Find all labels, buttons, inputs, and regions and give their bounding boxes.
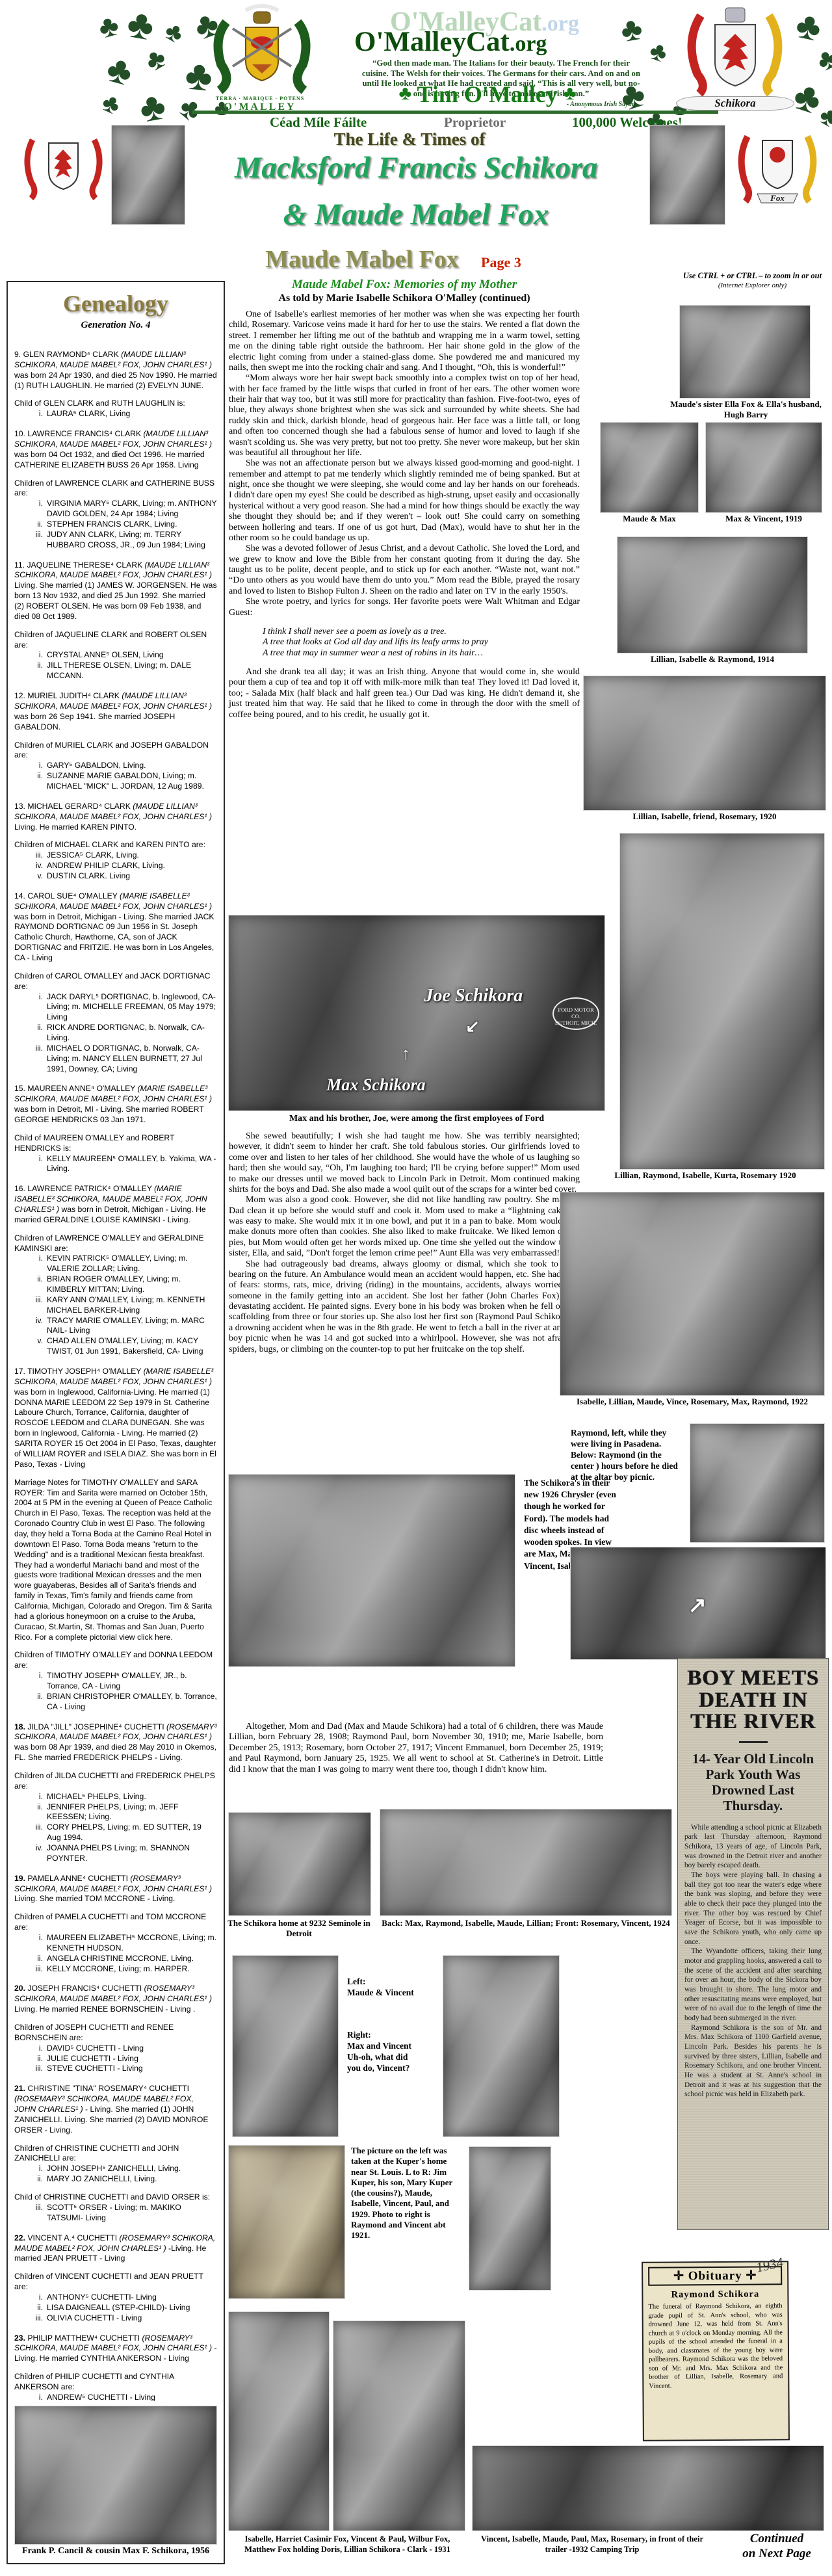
photo-schikora-home (229, 1813, 370, 1915)
arrow-up-right-icon: ↗ (688, 1592, 707, 1618)
photo-bottom-family-1931 (333, 2321, 465, 2530)
page-title-line1: The Life & Times of (221, 129, 598, 150)
child-row: i.GARY⁵ GABALDON, Living. (14, 761, 217, 771)
max-vincent-1919-caption: Max & Vincent, 1919 (706, 514, 822, 524)
child-row: ii.BRIAN ROGER O'MALLEY, Living; m. KIMB… (14, 1274, 217, 1295)
photo-altar-boy-picnic: ↗ (571, 1547, 825, 1659)
children-label: Children of CHRISTINE CUCHETTI and JOHN … (14, 2144, 217, 2164)
child-row: v.CHAD ALLEN O'MALLEY, Living; m. KACY T… (14, 1336, 217, 1357)
photo-children-1920b (620, 834, 824, 1169)
children-label: Children of CAROL O'MALLEY and JACK DORT… (14, 971, 217, 992)
genealogy-entry-head: 12. MURIEL JUDITH⁴ CLARK (MAUDE LILLIAN³… (14, 691, 217, 732)
newspaper-body: While attending a school picnic at Eliza… (684, 1823, 822, 2099)
story-paragraph: She sewed beautifully; I wish she had ta… (229, 1131, 580, 1195)
child-row: ii.BRIAN CHRISTOPHER O'MALLEY, b. Torran… (14, 1692, 217, 1713)
photo-maude-portrait (650, 125, 725, 224)
genealogy-photo-block: Frank P. Cancil & cousin Max F. Schikora… (15, 2401, 216, 2556)
child-row: iii.JESSICA⁵ CLARK, Living. (14, 850, 217, 861)
genealogy-panel: Genealogy Generation No. 4 9. GLEN RAYMO… (6, 281, 225, 2564)
children-1920a-caption: Lillian, Isabelle, friend, Rosemary, 192… (584, 811, 825, 822)
shamrock-icon: ♣ (646, 37, 671, 68)
photo-caption: Frank P. Cancil & cousin Max F. Schikora… (15, 2546, 216, 2556)
genealogy-entry-head: 16. LAWRENCE PATRICK⁴ O'MALLEY (MARIE IS… (14, 1184, 217, 1225)
story-paragraph: Altogether, Mom and Dad (Max and Maude S… (229, 1722, 603, 1775)
child-row: ii.STEPHEN FRANCIS CLARK, Living. (14, 519, 217, 530)
newspaper-clipping: BOY MEETSDEATH INTHE RIVER 14- Year Old … (677, 1658, 829, 2230)
photo-bottom-left-1931 (229, 2312, 329, 2530)
raymond-note: Raymond, left, while they were living in… (571, 1428, 684, 1482)
newspaper-headline: BOY MEETSDEATH INTHE RIVER (684, 1668, 822, 1733)
photo-ford-factory-workers: Joe Schikora ↙ Max Schikora ↑ FORD MOTOR… (229, 915, 604, 1111)
genealogy-entry-head: 15. MAUREEN ANNE⁴ O'MALLEY (MARIE ISABEL… (14, 1084, 217, 1125)
arrow-up-icon: ↑ (402, 1044, 410, 1064)
obituary-name: Raymond Schikora (648, 2289, 782, 2300)
photo-max-vincent-1919 (706, 423, 822, 512)
omalley-motto: TERRA · MARIQUE · POTENS (192, 96, 328, 101)
child-row: iv.JOANNA PHELPS Living; m. SHANNON POYN… (14, 1843, 217, 1864)
story-paragraph: One of Isabelle's earliest memories of h… (229, 309, 580, 373)
photo-family-1922 (560, 1192, 824, 1395)
story-paragraph: She was not an affectionate person but w… (229, 458, 580, 544)
shamrock-icon: ♣ (161, 17, 188, 48)
photo-maude-max (601, 423, 698, 512)
story-text-part2: She sewed beautifully; I wish she had ta… (229, 1131, 580, 1355)
child-row: ii.ANGELA CHRISTINE MCCRONE, Living. (14, 1954, 217, 1964)
child-row: iii.SCOTT⁵ ORSER - Living; m. MAKIKO TAT… (14, 2203, 217, 2224)
child-row: i.CRYSTAL ANNE⁵ OLSEN, Living (14, 650, 217, 661)
ford-motor-logo: FORD MOTOR CO. DETROIT, MICH. (552, 997, 599, 1030)
newspaper-divider (739, 1741, 768, 1743)
continued-on-next-page-link[interactable]: Continued on Next Page (723, 2532, 831, 2562)
child-row: i.MAUREEN ELIZABETH⁵ MCCRONE, Living; m.… (14, 1933, 217, 1954)
child-row: i.MICHAEL⁵ PHELPS, Living. (14, 1792, 217, 1802)
shamrock-icon: ♣ (564, 83, 577, 104)
kuper-photo-caption: The picture on the left was taken at the… (351, 2146, 463, 2241)
zoom-instruction-line1: Use CTRL + or CTRL – to zoom in or out (676, 271, 829, 281)
shamrock-icon: ♣ (618, 12, 645, 47)
genealogy-entries: 9. GLEN RAYMOND⁴ CLARK (MAUDE LILLIAN³ S… (14, 340, 217, 2414)
bottom-right-caption: Vincent, Isabelle, Maude, Paul, Max, Ros… (473, 2534, 712, 2555)
children-label: Children of JILDA CUCHETTI and FREDERICK… (14, 1771, 217, 1792)
story-paragraph: “Mom always wore her hair swept back smo… (229, 373, 580, 458)
obituary-clipping: 1934 ✛ Obituary ✛ Raymond Schikora The f… (642, 2261, 790, 2441)
genealogy-entry-head: 13. MICHAEL GERARD⁴ CLARK (MAUDE LILLIAN… (14, 802, 217, 833)
photo-1926-car-family (229, 1475, 515, 1666)
shamrock-icon: ♣ (140, 43, 171, 77)
child-row: i.JACK DARYL⁵ DORTIGNAC, b. Inglewood, C… (14, 992, 217, 1023)
story-text-part3: Altogether, Mom and Dad (Max and Maude S… (229, 1722, 603, 1775)
children-label: Children of LAWRENCE CLARK and CATHERINE… (14, 479, 217, 499)
schikora-arms-small-icon (19, 130, 107, 202)
marriage-notes: Marriage Notes for TIMOTHY O'MALLEY and … (14, 1478, 217, 1643)
children-label: Child of MAUREEN O'MALLEY and ROBERT HEN… (14, 1133, 217, 1154)
photo-children-1920a (584, 676, 825, 810)
right-photo-label: Right: Max and Vincent Uh-oh, what did y… (347, 2030, 438, 2074)
arrow-down-left-icon: ↙ (465, 1017, 480, 1036)
family-1924-caption: Back: Max, Raymond, Isabelle, Maude, Lil… (380, 1918, 671, 1928)
child-row: iii.MICHAEL O DORTIGNAC, b. Norwalk, CA-… (14, 1044, 217, 1075)
photo-frank-cancil-max-schikora (15, 2406, 216, 2544)
poem: I think I shall never see a poem as love… (263, 627, 580, 659)
page-number: Page 3 (481, 254, 521, 271)
child-row: i.JOHN JOSEPH⁵ ZANICHELLI, Living. (14, 2164, 217, 2174)
child-row: ii.JILL THERESE OLSEN, Living; m. DALE M… (14, 661, 217, 681)
child-row: iii.KELLY MCCRONE, Living; m. HARPER. (14, 1964, 217, 1975)
photo-maude-and-vincent (233, 1956, 338, 2136)
header-divider (192, 111, 718, 114)
story-paragraph: She had outrageously bad dreams, always … (229, 1259, 580, 1355)
children-label: Children of JAQUELINE CLARK and ROBERT O… (14, 630, 217, 651)
photo-children-1914 (617, 537, 807, 653)
bottom-left-caption: Isabelle, Harriet Casimir Fox, Vincent &… (229, 2534, 466, 2555)
zoom-instruction-line2: (Internet Explorer only) (676, 282, 829, 289)
story-paragraph: And she drank tea all day; it was an Iri… (229, 667, 580, 720)
photo-camping-trailer-1932 (473, 2446, 824, 2530)
child-row: iii.OLIVIA CUCHETTI - Living (14, 2313, 217, 2324)
svg-text:Fox: Fox (770, 193, 785, 203)
children-label: Children of TIMOTHY O'MALLEY and DONNA L… (14, 1650, 217, 1671)
shamrock-icon: ♣ (103, 49, 136, 92)
children-label: Children of MURIEL CLARK and JOSEPH GABA… (14, 741, 217, 761)
genealogy-entry-head: 20. JOSEPH FRANCIS⁴ CUCHETTI (ROSEMARY³ … (14, 1984, 217, 2015)
shamrock-icon: ♣ (136, 86, 168, 129)
photo-max-and-vincent (443, 1956, 559, 2136)
genealogy-entry-head: 21. CHRISTINE "TINA" ROSEMARY⁴ CUCHETTI … (14, 2084, 217, 2135)
shamrock-icon: ♣ (98, 88, 125, 119)
genealogy-entry-head: 11. JAQUELINE THERESE⁴ CLARK (MAUDE LILL… (14, 560, 217, 622)
child-row: ii.JENNIFER PHELPS, Living; m. JEFF KEES… (14, 1802, 217, 1823)
child-row: i.TIMOTHY JOSEPH⁵ O'MALLEY, JR., b. Torr… (14, 1671, 217, 1692)
genealogy-entry-head: 19. PAMELA ANNE⁴ CUCHETTI (ROSEMARY³ SCH… (14, 1874, 217, 1905)
child-row: i.ANTHONY⁵ CUCHETTI- Living (14, 2293, 217, 2303)
page-title-line2: Macksford Francis Schikora (182, 150, 650, 185)
child-row: i.VIRGINIA MARY⁵ CLARK, Living; m. ANTHO… (14, 499, 217, 519)
child-row: iii.CORY PHELPS, Living; m. ED SUTTER, 1… (14, 1822, 217, 1843)
omalley-crest-icon (207, 3, 317, 97)
photo-raymond-pasadena (690, 1424, 824, 1542)
schikora-crest-banner: Schikora (676, 96, 794, 111)
child-row: ii.JULIE CUCHETTI - Living (14, 2054, 217, 2064)
ford-photo-label-max: Max Schikora (326, 1075, 425, 1095)
schikora-crest-icon (681, 3, 788, 97)
proprietor-name: ♣ Tim O'Malley ♣ (279, 81, 695, 108)
child-row: iii.KARY ANN O'MALLEY, Living; m. KENNET… (14, 1295, 217, 1316)
shamrock-icon: ♣ (96, 10, 122, 44)
genealogy-entry-head: 14. CAROL SUE⁴ O'MALLEY (MARIE ISABELLE³… (14, 891, 217, 964)
child-row: i.KEVIN PATRICK⁵ O'MALLEY, Living; m. VA… (14, 1254, 217, 1274)
welcome-irish: Céad Míle Fáilte (270, 114, 367, 131)
children-label: Children of VINCENT CUCHETTI and JEAN PR… (14, 2272, 217, 2293)
proprietor-label: Proprietor (444, 114, 506, 131)
child-row: iii.STEVE CUCHETTI - Living (14, 2064, 217, 2074)
child-row: i.DAVID⁵ CUCHETTI - Living (14, 2044, 217, 2054)
child-row: iv.ANDREW PHILIP CLARK, Living. (14, 861, 217, 871)
child-row: ii.SUZANNE MARIE GABALDON, Living; m. MI… (14, 771, 217, 792)
genealogy-entry-head: 9. GLEN RAYMOND⁴ CLARK (MAUDE LILLIAN³ S… (14, 350, 217, 391)
photo-raymond-and-vincent-1921 (469, 2147, 551, 2290)
page-title-line3: & Maude Mabel Fox (182, 197, 650, 232)
genealogy-heading: Genealogy (14, 290, 217, 317)
child-row: iv.TRACY MARIE O'MALLEY, Living; m. MARC… (14, 1316, 217, 1337)
children-label: Child of CHRISTINE CUCHETTI and DAVID OR… (14, 2192, 217, 2203)
genealogy-entry-head: 23. PHILIP MATTHEW⁴ CUCHETTI (ROSEMARY³ … (14, 2333, 217, 2365)
ford-photo-caption: Max and his brother, Joe, were among the… (229, 1113, 604, 1125)
shamrock-icon: ♣ (792, 6, 824, 48)
ford-photo-label-joe: Joe Schikora (424, 986, 523, 1006)
story-subheading: As told by Marie Isabelle Schikora O'Mal… (229, 293, 580, 304)
story-paragraph: Mom was also a good cook. However, she d… (229, 1195, 580, 1259)
newspaper-subheadline: 14- Year Old LincolnPark Youth WasDrowne… (684, 1751, 822, 1814)
story-heading: Maude Mabel Fox: Memories of my Mother (229, 278, 580, 292)
shamrock-icon: ♣ (398, 83, 411, 104)
child-row: i.LAURA⁵ CLARK, Living (14, 409, 217, 419)
story-paragraph: She wrote poetry, and lyrics for songs. … (229, 597, 580, 618)
children-label: Children of PAMELA CUCHETTI and TOM MCCR… (14, 1912, 217, 1933)
child-row: v.DUSTIN CLARK. Living (14, 871, 217, 882)
genealogy-entry-head: 22. VINCENT A.⁴ CUCHETTI (ROSEMARY³ SCHI… (14, 2233, 217, 2265)
story-text-part1: One of Isabelle's earliest memories of h… (229, 309, 580, 720)
children-1914-caption: Lillian, Isabelle & Raymond, 1914 (615, 654, 810, 664)
maude-max-caption: Maude & Max (601, 514, 698, 524)
children-label: Children of JOSEPH CUCHETTI and RENEE BO… (14, 2023, 217, 2044)
story-paragraph: She was a devoted follower of Jesus Chri… (229, 544, 580, 597)
home-photo-caption: The Schikora home at 9232 Seminole in De… (221, 1918, 377, 1939)
ella-caption: Maude's sister Ella Fox & Ella's husband… (669, 399, 822, 421)
photo-kuper-home-group (229, 2146, 344, 2298)
child-row: i.KELLY MAUREEN⁵ O'MALLEY, b. Yakima, WA… (14, 1154, 217, 1175)
children-label: Children of MICHAEL CLARK and KAREN PINT… (14, 840, 217, 850)
children-1920b-caption: Lillian, Raymond, Isabelle, Kurta, Rosem… (584, 1170, 827, 1181)
generation-label: Generation No. 4 (14, 320, 217, 331)
family-1922-caption: Isabelle, Lillian, Maude, Vince, Rosemar… (559, 1397, 825, 1407)
photo-macksford-portrait (112, 125, 185, 224)
children-label: Child of GLEN CLARK and RUTH LAUGHLIN is… (14, 399, 217, 409)
shamrock-icon: ♣ (124, 3, 157, 47)
child-row: ii.LISA DAIGNEALL (STEP-CHILD)- Living (14, 2303, 217, 2313)
shamrock-icon: ♣ (812, 43, 832, 77)
child-row: ii.MARY JO ZANICHELLI, Living. (14, 2174, 217, 2185)
site-wordmark: O'MalleyCat.org (354, 26, 547, 58)
photo-family-1924 (380, 1809, 671, 1915)
child-row: iii.JUDY ANN CLARK, Living; m. TERRY HUB… (14, 530, 217, 551)
children-label: Children of PHILIP CUCHETTI and CYNTHIA … (14, 2372, 217, 2393)
photo-ella-and-hugh (680, 306, 810, 398)
genealogy-entry-head: 10. LAWRENCE FRANCIS⁴ CLARK (MAUDE LILLI… (14, 429, 217, 470)
obituary-body: The funeral of Raymond Schikora, an eigh… (648, 2302, 783, 2391)
left-photo-label: Left: Maude & Vincent (347, 1977, 432, 1999)
fox-crest-icon: Fox (731, 129, 824, 213)
children-label: Children of LAWRENCE O'MALLEY and GERALD… (14, 1233, 217, 1254)
page: ♣♣♣♣♣♣♣♣♣♣♣♣♣♣♣♣♣♣♣♣ O'MalleyCat.org O'M… (0, 0, 832, 2576)
child-row: ii.RICK ANDRE DORTIGNAC, b. Norwalk, CA-… (14, 1023, 217, 1044)
genealogy-entry-head: 17. TIMOTHY JOSEPH⁴ O'MALLEY (MARIE ISAB… (14, 1367, 217, 1470)
genealogy-entry-head: 18. JILDA "JILL" JOSEPHINE⁴ CUCHETTI (RO… (14, 1722, 217, 1763)
